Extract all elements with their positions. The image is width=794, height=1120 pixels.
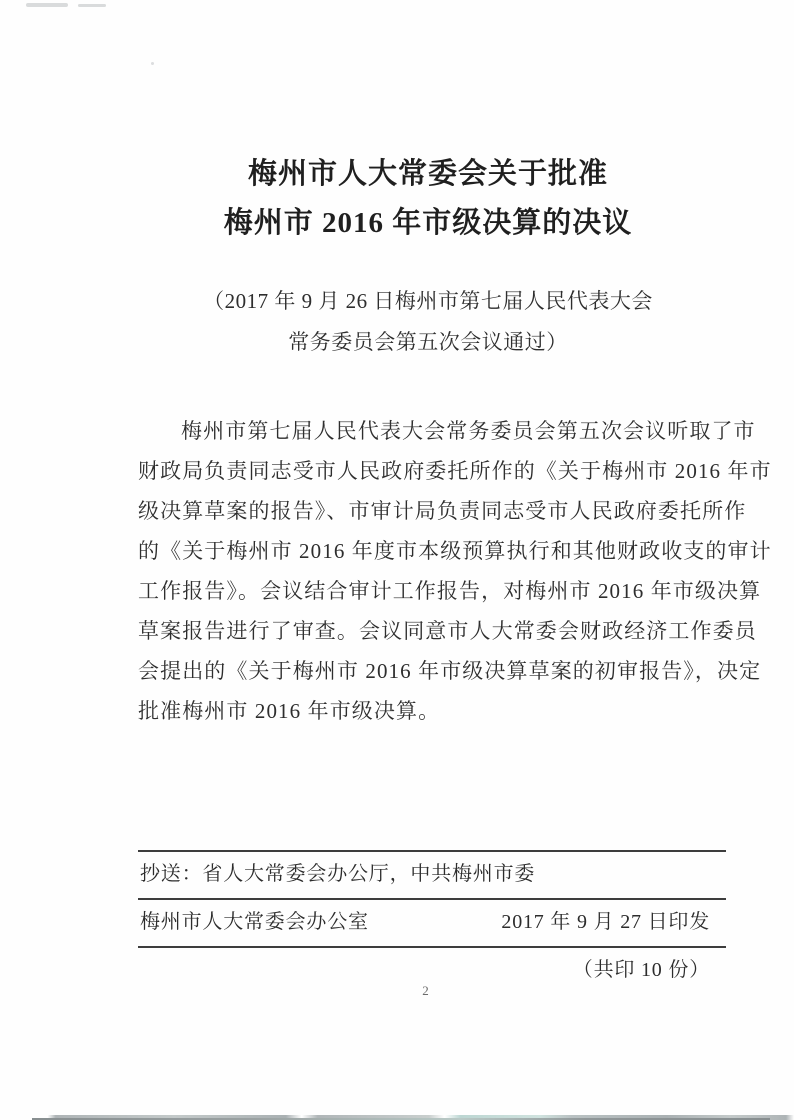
print-date: 2017 年 9 月 27 日印发 (501, 909, 724, 935)
body-line: 梅州市第七届人民代表大会常务委员会第五次会议听取了市 (138, 411, 718, 451)
body-line: 级决算草案的报告》、市审计局负责同志受市人民政府委托所作 (138, 491, 718, 531)
document-footer: 抄送：省人大常委会办公厅，中共梅州市委 梅州市人大常委会办公室 2017 年 9… (138, 850, 726, 994)
title-line-2: 梅州市 2016 年市级决算的决议 (138, 199, 718, 248)
cc-row: 抄送：省人大常委会办公厅，中共梅州市委 (138, 850, 726, 898)
page-number: 2 (0, 983, 794, 999)
meeting-note-line-2: 常务委员会第五次会议通过） (138, 322, 718, 363)
scan-smudge-top-left-2 (78, 4, 106, 7)
body-line: 批准梅州市 2016 年市级决算。 (138, 691, 718, 731)
body-line: 会提出的《关于梅州市 2016 年市级决算草案的初审报告》，决定 (138, 651, 718, 691)
issuing-office: 梅州市人大常委会办公室 (140, 909, 369, 935)
meeting-note: （2017 年 9 月 26 日梅州市第七届人民代表大会 常务委员会第五次会议通… (138, 281, 718, 363)
body-line: 工作报告》。会议结合审计工作报告，对梅州市 2016 年市级决算 (138, 571, 718, 611)
body-line: 财政局负责同志受市人民政府委托所作的《关于梅州市 2016 年市 (138, 451, 718, 491)
cc-recipients: 省人大常委会办公厅，中共梅州市委 (202, 863, 535, 885)
cc-label: 抄送： (140, 863, 202, 885)
scan-artifact-bottom-edge (0, 1115, 794, 1120)
scanned-document-page: 梅州市人大常委会关于批准 梅州市 2016 年市级决算的决议 （2017 年 9… (0, 0, 794, 1120)
copies-count: （共印 10 份） (573, 959, 710, 981)
meeting-note-line-1: （2017 年 9 月 26 日梅州市第七届人民代表大会 (138, 281, 718, 322)
title-line-1: 梅州市人大常委会关于批准 (138, 150, 718, 199)
document-title: 梅州市人大常委会关于批准 梅州市 2016 年市级决算的决议 (138, 150, 718, 248)
body-line: 草案报告进行了审查。会议同意市人大常委会财政经济工作委员 (138, 611, 718, 651)
body-line: 的《关于梅州市 2016 年度市本级预算执行和其他财政收支的审计 (138, 531, 718, 571)
issuer-row: 梅州市人大常委会办公室 2017 年 9 月 27 日印发 (138, 898, 726, 946)
body-paragraph: 梅州市第七届人民代表大会常务委员会第五次会议听取了市 财政局负责同志受市人民政府… (138, 411, 718, 731)
document-content: 梅州市人大常委会关于批准 梅州市 2016 年市级决算的决议 （2017 年 9… (138, 0, 718, 731)
scan-smudge-top-left (26, 3, 68, 7)
